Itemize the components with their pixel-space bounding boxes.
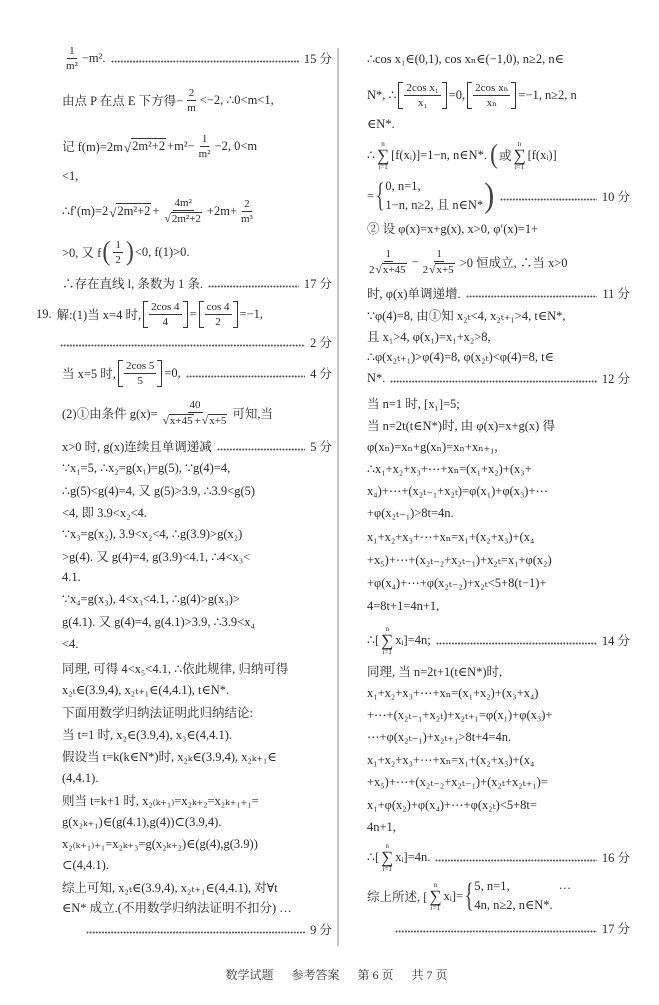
dot-leader [111,60,299,63]
line-text: [f(xᵢ)]=1−n, n∈N*. [391,147,487,163]
numerator: 4m² [173,197,194,211]
radicand: x+45 [382,263,407,277]
sigma-icon: ∑ [381,850,393,865]
line-text: 且 x₁>4, φ(x₁)=x₁+x₂>8, [367,327,491,345]
left-line-25: 当 t=1 时, x₂∈(3.9,4), x₃∈(4,4.1). [62,723,232,745]
line-text: 当 n=1 时, [x₁]=5; [367,394,460,412]
left-line-16: ∵x₃=g(x₂), 3.9<x₂<4, ∴g(3.9)>g(x₂) [62,523,242,545]
line-text: ∈N* 成立.(不用数学归纳法证明不扣分) … [62,898,292,916]
score-label: 11 分 [602,284,630,302]
left-line-30: x₂₍ₖ₊₁₎₊₁=x₂ₖ₊₃=g(x₂ₖ₊₂)∈(g(4),g(3.9)) [62,833,258,855]
right-paren: ) [126,238,134,266]
dot-leader [466,295,598,298]
summation: n∑i=1 [381,842,393,873]
line-text: 可知,当 [232,404,273,422]
line-text: ∴[ [367,849,379,865]
left-brace: { [376,179,385,213]
numerator: 1 [67,45,77,59]
minus-sign: − [412,255,419,270]
left-line-17: >g(4). 又 g(4)=4, g(3.9)<4.1, ∴4<x₃< [62,545,250,567]
line-text: <4, 即 3.9<x₂<4. [62,503,147,521]
line-text: g(x₂ₖ₊₁)∈(g(4.1),g(4))⊂(3.9,4). [62,814,221,830]
answer-key-page: 1m² −m². 15 分 由点 P 在点 E 下方得− 2m <−2, ∴0<… [0,0,659,1005]
right-line-10: 且 x₁>4, φ(x₁)=x₁+x₂>8, [367,325,491,347]
left-brace: { [465,879,474,913]
left-line-13: ∵x₁=5, ∴x₂=g(x₁)=g(5), ∵g(4)=4, [62,457,230,479]
line-text: 4=8t+1=4n+1, [367,599,439,614]
line-text: ∴[ [367,632,379,648]
score-label: 12 分 [602,369,630,387]
right-paren: ) [484,179,494,214]
fraction: 4m²√2m²+2 [162,197,205,226]
left-line-5: ∴f′(m)=2 √2m²+2 + 4m²√2m²+2 +2m+ 2m³ [62,194,257,228]
left-line-4: <1, [62,165,78,187]
summation: n∑i=1 [429,881,441,912]
line-text: ∈N*. [367,116,395,132]
denominator: m² [197,147,213,160]
line-text: ∴ [367,147,375,163]
denominator: 2√x+45 [367,262,410,277]
case-2: 1−n, n≥2, 且 n∈N* [385,196,483,215]
dot-leader [390,380,596,383]
numerator: 2cos 4 [149,301,181,315]
right-line-31: 4n+1, [367,816,396,838]
line-text: g(4.1). 又 g(4)=4, g(4.1)>3.9, ∴3.9<x₄ [62,612,255,630]
right-line-13: 当 n=1 时, [x₁]=5; [367,392,460,414]
line-text: +φ(x₄)+⋯+φ(x₂ₜ₋₂)+x₂ₜ<5+8(t−1)+ [367,575,546,591]
line-text: >0 恒成立, ∴当 x>0 [460,253,568,271]
line-text: xᵢ]= [444,889,464,904]
left-line-28: 则当 t=k+1 时, x₂₍ₖ₊₁₎=x₂ₖ₊₂=x₂ₖ₊₁₊₁= [62,789,259,811]
left-line-19: ∵x₄=g(x₃), 4<x₃<4.1, ∴g(4)>g(x₃)> [62,588,240,610]
fraction: 2m³ [239,198,255,225]
left-line-6: >0, 又 f ( 12 ) <0, f(1)>0. [62,237,190,267]
left-line-14: ∴g(5)<g(4)=4, 又 g(5)>3.9, ∴3.9<g(5) [62,479,255,501]
numerator: cos 4 [205,301,232,315]
line-text: xᵢ]=4n; [395,633,430,648]
line-text: = [190,307,197,322]
left-line-8-question-19: 19. 解:(1)当 x=4 时, 2cos 44 = cos 42 =−1, [36,299,263,329]
dot-leader [435,859,596,862]
right-line-17: x₄)+⋯+(x₂ₜ₋₁+x₂ₜ)=φ(x₁)+φ(x₃)+⋯ [367,480,548,502]
line-text: x₂₍ₖ₊₁₎₊₁=x₂ₖ₊₃=g(x₂ₖ₊₂)∈(g(4),g(3.9)) [62,836,258,852]
denominator: 2 [113,253,123,266]
line-text: +⋯+(x₂ₜ₋₁+x₂ₜ)+x₂ₜ₊₁=φ(x₁)+φ(x₃)+ [367,707,552,723]
dot-leader [217,448,305,451]
square-root: √x+45 [163,414,194,428]
right-line-22: 4=8t+1=4n+1, [367,595,439,617]
right-line-7: 12√x+45 − 12√x+5 >0 恒成立, ∴当 x>0 [365,246,568,278]
left-line-21: <4. [62,633,78,655]
left-line-3: 记 f(m)=2m √2m²+2 +m²− 1m² −2, 0<m [62,131,257,161]
sigma-icon: ∑ [429,889,441,904]
line-text: φ(xₙ)=xₙ+g(xₙ)=xₙ+xₙ₊₁, [367,439,498,455]
line-text: 综上可知, x₂ₜ∈(3.9,4), x₂ₜ₊₁∈(4,4.1), 对∀t [62,878,278,896]
floor-bracket: 2cos x₁x₁ [398,82,446,109]
page-footer: 数学试题 参考答案 第 6 页 共 7 页 [14,966,659,983]
line-text: ② 设 φ(x)=x+g(x), x>0, φ′(x)=1+ [367,219,538,237]
left-line-22: 同理, 可得 4<x₅<4.1, ∴依此规律, 归纳可得 [62,657,288,679]
line-text: x₄)+⋯+(x₂ₜ₋₁+x₂ₜ)=φ(x₁)+φ(x₃)+⋯ [367,483,548,499]
footer-subject: 数学试题 [225,966,273,983]
score-label: 15 分 [304,49,332,67]
left-line-33: ∈N* 成立.(不用数学归纳法证明不扣分) … [62,896,292,918]
line-text: >0, 又 f [62,243,101,261]
left-paren: ( [102,238,110,266]
summation: n∑i=1 [513,140,525,171]
line-text: +x₅)+⋯+(x₂ₜ₋₂+x₂ₜ₋₁)+(x₂ₜ+x₂ₜ₊₁)= [367,774,548,790]
fraction: 2cos xₙxₙ [473,82,510,109]
dot-leader [60,344,305,347]
score-label: 17 分 [602,919,630,937]
numerator: 1 [200,133,210,147]
right-line-28: x₁+x₂+x₃+⋯+xₙ=x₁+(x₂+x₃)+(x₄ [367,749,534,771]
radicand: x+45 [169,414,194,428]
line-text: +2m+ [207,204,237,219]
square-root: √x+45 [376,263,407,277]
plus-sign: + [195,415,201,427]
radicand: x+5 [435,263,454,277]
right-line-29: +x₅)+⋯+(x₂ₜ₋₂+x₂ₜ₋₁)+(x₂ₜ+x₂ₜ₊₁)= [367,771,548,793]
footer-page-total: 共 7 页 [412,966,448,983]
line-text: +x₅)+⋯+(x₂ₜ₋₂+x₂ₜ₋₁)+x₂ₜ=x₁+φ(x₂) [367,552,552,568]
right-line-24: 同理, 当 n=2t+1(t∈N*)时, [367,660,502,682]
sum-lower-limit: i=1 [382,648,391,656]
right-line-25: x₁+x₂+x₃+⋯+xₙ=(x₁+x₂)+(x₃+x₄) [367,682,538,704]
sigma-icon: ∑ [381,633,393,648]
line-text: 记 f(m)=2m [62,137,123,155]
radical-sign-icon: √ [124,141,131,154]
line-text: +φ(x₂ₜ₋₁)>8t=4n. [367,505,454,521]
line-text: 下面用数学归纳法证明此归纳结论: [62,703,253,721]
line-text: 或 [499,146,512,164]
line-text: 由点 P 在点 E 下方得− [62,91,183,109]
line-text: x₁+x₂+x₃+⋯+xₙ=x₁+(x₂+x₃)+(x₄ [367,752,534,768]
fraction: cos 42 [205,301,232,328]
radicand: x+5 [208,414,227,428]
line-text: 4.1. [62,570,81,585]
score-label: 14 分 [602,631,630,649]
column-divider [337,48,339,946]
denominator: x₁ [416,96,429,109]
fraction: 12√x+45 [367,248,410,277]
line-text: ∵x₄=g(x₃), 4<x₃<4.1, ∴g(4)>g(x₃)> [62,591,240,607]
coefficient: 2 [423,264,429,276]
fraction: 12√x+5 [421,248,458,277]
fraction: 12 [113,239,123,266]
right-line-18: +φ(x₂ₜ₋₁)>8t=4n. [367,502,454,524]
line-text: = [367,189,374,204]
line-text: <0, f(1)>0. [135,245,190,260]
left-line-7: ∴存在直线 l, 条数为 1 条. 17 分 [62,272,332,294]
numerator: 2cos 5 [124,360,156,374]
denominator: 4 [161,315,171,328]
right-line-5: = { 0, n=1, 1−n, n≥2, 且 n∈N* ) 10 分 [367,176,630,216]
left-line-2: 由点 P 在点 E 下方得− 2m <−2, ∴0<m<1, [62,85,274,115]
line-text: ∵φ(4)=8, 由①知 x₂ₜ<4, x₂ₜ₊₁>4, t∈N*, [367,306,565,324]
line-text: x₁+x₂+x₃+⋯+xₙ=x₁+(x₂+x₃)+(x₄ [367,529,534,545]
line-text: ∴存在直线 l, 条数为 1 条. [62,274,203,292]
dot-leader [186,375,305,378]
fraction: 2cos 44 [149,301,181,328]
line-text: 解:(1)当 x=4 时, [57,305,141,323]
floor-bracket: 2cos 55 [118,360,162,387]
right-line-4: ∴ n∑i=1 [f(xᵢ)]=1−n, n∈N*. ( 或 n∑i=1 [f(… [367,139,557,171]
fraction: 40√x+45+√x+5 [160,399,231,428]
line-text: 同理, 当 n=2t+1(t∈N*)时, [367,662,502,680]
left-line-12: x>0 时, g(x)连续且单调递减 5 分 [62,435,332,457]
square-root: √x+5 [429,263,455,277]
square-root: √2m²+2 [109,203,151,218]
fraction: 1m² [64,45,80,72]
right-line-34: 17 分 [395,917,630,939]
right-line-14: 当 n=2t(t∈N*)时, 由 φ(x)=x+g(x) 得 [367,414,555,436]
piecewise-cases: 5, n=1, 4n, n≥2, n∈N*. [474,877,552,915]
question-number: 19. [36,307,52,322]
line-text: + [152,204,159,219]
left-line-26: 假设当 t=k(k∈N*)时, x₂ₖ∈(3.9,4), x₂ₖ₊₁∈ [62,745,277,767]
score-label: 4 分 [310,364,332,382]
radical-sign-icon: √ [109,206,116,219]
line-text: +m²− [167,139,195,154]
denominator: m² [64,59,80,72]
right-line-21: +φ(x₄)+⋯+φ(x₂ₜ₋₂)+x₂ₜ<5+8(t−1)+ [367,572,546,594]
numerator: 2cos xₙ [473,82,510,96]
left-line-24: 下面用数学归纳法证明此归纳结论: [62,701,253,723]
right-line-12: N*. 12 分 [367,367,630,389]
square-root: √x+5 [202,414,228,428]
sum-lower-limit: i=1 [378,163,387,171]
fraction: 2m [185,87,198,114]
left-line-11: (2)①由条件 g(x)= 40√x+45+√x+5 可知,当 [62,397,273,429]
left-paren: ( [490,141,498,169]
left-line-18: 4.1. [62,566,81,588]
denominator: √2m²+2 [162,211,205,226]
fraction: 2cos x₁x₁ [404,82,440,109]
line-text: <−2, ∴0<m<1, [200,92,274,108]
left-line-34: 9 分 [86,918,332,940]
left-line-27: (4,4.1). [62,767,98,789]
sigma-icon: ∑ [513,148,525,163]
line-text: x>0 时, g(x)连续且单调递减 [62,437,212,455]
line-text: −m². [82,51,106,66]
line-text: 当 x=5 时, [62,364,116,382]
floor-bracket: 2cos xₙxₙ [467,82,516,109]
line-text: [f(xᵢ)] [528,148,557,163]
left-line-29: g(x₂ₖ₊₁)∈(g(4.1),g(4))⊂(3.9,4). [62,811,221,833]
floor-bracket: cos 42 [199,301,238,328]
numerator: 1 [434,248,444,262]
footer-page-number: 第 6 页 [358,966,394,983]
line-text: (4,4.1). [62,771,98,786]
sum-lower-limit: i=1 [382,865,391,873]
score-label: 16 分 [602,848,630,866]
line-text: ∵x₁=5, ∴x₂=g(x₁)=g(5), ∵g(4)=4, [62,460,230,476]
line-text: <4. [62,637,78,652]
numerator: 1 [384,248,394,262]
left-line-10: 当 x=5 时, 2cos 55 =0, 4 分 [62,358,332,388]
right-line-11: ∴φ(x₂ₜ₊₁)>φ(4)=8, φ(x₂ₜ)<φ(4)=8, t∈ [367,346,554,368]
case-2: 4n, n≥2, n∈N*. [474,896,552,915]
dot-leader [86,931,305,934]
line-text: N*, ∴ [367,87,396,103]
fraction: 1m² [197,133,213,160]
line-text: ∴cos x₁∈(0,1), cos xₙ∈(−1,0), n≥2, n∈ [367,51,564,67]
coefficient: 2 [369,264,375,276]
score-label: 17 分 [304,274,332,292]
denominator: √x+45+√x+5 [160,413,231,428]
right-line-16: ∴x₁+x₂+x₃+⋯+xₙ=(x₁+x₂)+(x₃+ [367,458,532,480]
right-line-27: ⋯+φ(x₂ₜ₋₁)+x₂ₜ₊₁>8t+4=4n. [367,726,511,748]
line-text: ∴f′(m)=2 [62,203,108,219]
right-line-33-summary: 综上所述, [ n∑i=1 xᵢ]= { 5, n=1, 4n, n≥2, n∈… [367,876,571,916]
floor-bracket: 2cos 44 [143,301,187,328]
right-line-6: ② 设 φ(x)=x+g(x), x>0, φ′(x)=1+ [367,217,538,239]
sigma-icon: ∑ [377,148,389,163]
denominator: 5 [135,374,145,387]
line-text: x₁+φ(x₂)+φ(x₄)+⋯+φ(x₂ₜ)<5+8t= [367,797,537,813]
denominator: m [185,101,198,114]
line-text: xᵢ]=4n. [395,850,430,865]
left-line-20: g(4.1). 又 g(4)=4, g(4.1)>3.9, ∴3.9<x₄ [62,610,255,632]
numerator: 2cos x₁ [404,82,440,96]
line-text: 时, φ(x)单调递增. [367,284,461,302]
right-line-8: 时, φ(x)单调递增. 11 分 [367,282,630,304]
right-line-30: x₁+φ(x₂)+φ(x₄)+⋯+φ(x₂ₜ)<5+8t= [367,794,537,816]
left-line-9: 2 分 [60,331,332,353]
line-text: =0, [449,88,465,103]
right-line-20: +x₅)+⋯+(x₂ₜ₋₂+x₂ₜ₋₁)+x₂ₜ=x₁+φ(x₂) [367,549,552,571]
square-root: √2m²+2 [124,138,166,153]
line-text: 综上所述, [ [367,887,427,905]
dot-leader [395,930,597,933]
piecewise-cases: 0, n=1, 1−n, n≥2, 且 n∈N* [385,177,483,215]
line-text: 当 t=1 时, x₂∈(3.9,4), x₃∈(4,4.1). [62,725,232,743]
left-line-15: <4, 即 3.9<x₂<4. [62,501,147,523]
summation: n∑i=1 [381,625,393,656]
left-line-1: 1m² −m². 15 分 [62,43,332,73]
denominator: 2√x+5 [421,262,458,277]
line-text: x₁+x₂+x₃+⋯+xₙ=(x₁+x₂)+(x₃+x₄) [367,685,538,701]
score-label: 5 分 [310,437,332,455]
denominator: xₙ [485,96,499,109]
line-text: x₂ₜ∈(3.9,4), x₂ₜ₊₁∈(4,4.1), t∈N*. [62,682,229,698]
case-1: 5, n=1, [474,877,552,896]
right-line-32: ∴[ n∑i=1 xᵢ]=4n. 16 分 [367,841,630,873]
line-text: 同理, 可得 4<x₅<4.1, ∴依此规律, 归纳可得 [62,659,288,677]
sum-lower-limit: i=1 [431,904,440,912]
radicand: 2m²+2 [116,203,151,218]
left-line-31: ⊂(4,4.1). [62,854,109,876]
line-text: ⊂(4,4.1). [62,857,109,873]
line-text: (2)①由条件 g(x)= [62,404,158,422]
line-text: =−1, [240,307,263,322]
line-text: ∴g(5)<g(4)=4, 又 g(5)>3.9, ∴3.9<g(5) [62,481,255,499]
footer-section: 参考答案 [291,966,339,983]
line-text: ⋯+φ(x₂ₜ₋₁)+x₂ₜ₊₁>8t+4=4n. [367,729,511,745]
line-text: <1, [62,169,78,184]
line-text: −2, 0<m [215,139,258,154]
line-text: ∴x₁+x₂+x₃+⋯+xₙ=(x₁+x₂)+(x₃+ [367,461,532,477]
dot-leader [500,198,597,201]
right-line-3: ∈N*. [367,113,395,135]
line-text: N*. [367,371,385,386]
left-line-32: 综上可知, x₂ₜ∈(3.9,4), x₂ₜ₊₁∈(4,4.1), 对∀t [62,876,278,898]
continuation-dots: … [559,878,572,893]
score-label: 2 分 [310,333,332,351]
radicand: 2m²+2 [171,212,202,226]
denominator: m³ [239,212,255,225]
radicand: 2m²+2 [131,138,166,153]
line-text: 4n+1, [367,820,396,835]
right-line-15: φ(xₙ)=xₙ+g(xₙ)=xₙ+xₙ₊₁, [367,436,498,458]
line-text: =−1, n≥2, n [518,88,576,103]
numerator: 2 [242,198,252,212]
numerator: 1 [113,239,123,253]
line-text: >g(4). 又 g(4)=4, g(3.9)<4.1, ∴4<x₃< [62,547,250,565]
line-text: 则当 t=k+1 时, x₂₍ₖ₊₁₎=x₂ₖ₊₂=x₂ₖ₊₁₊₁= [62,791,259,809]
right-line-23: ∴[ n∑i=1 xᵢ]=4n; 14 分 [367,624,630,656]
right-line-19: x₁+x₂+x₃+⋯+xₙ=x₁+(x₂+x₃)+(x₄ [367,526,534,548]
line-text: 假设当 t=k(k∈N*)时, x₂ₖ∈(3.9,4), x₂ₖ₊₁∈ [62,747,277,765]
numerator: 2 [187,87,197,101]
right-line-1: ∴cos x₁∈(0,1), cos xₙ∈(−1,0), n≥2, n∈ [367,48,564,70]
denominator: 2 [213,315,223,328]
right-line-9: ∵φ(4)=8, 由①知 x₂ₜ<4, x₂ₜ₊₁>4, t∈N*, [367,304,565,326]
numerator: 40 [188,399,203,413]
sum-lower-limit: i=1 [515,163,524,171]
right-line-26: +⋯+(x₂ₜ₋₁+x₂ₜ)+x₂ₜ₊₁=φ(x₁)+φ(x₃)+ [367,704,552,726]
square-root: √2m²+2 [165,212,202,226]
line-text: ∴φ(x₂ₜ₊₁)>φ(4)=8, φ(x₂ₜ)<φ(4)=8, t∈ [367,349,554,365]
fraction: 2cos 55 [124,360,156,387]
line-text: =0, [164,366,180,381]
left-line-23: x₂ₜ∈(3.9,4), x₂ₜ₊₁∈(4,4.1), t∈N*. [62,679,229,701]
right-line-2: N*, ∴ 2cos x₁x₁ =0, 2cos xₙxₙ =−1, n≥2, … [367,80,577,110]
dot-leader [436,642,597,645]
case-1: 0, n=1, [385,177,483,196]
line-text: ∵x₃=g(x₂), 3.9<x₂<4, ∴g(3.9)>g(x₂) [62,526,242,542]
summation: n∑i=1 [377,140,389,171]
score-label: 10 分 [602,187,630,205]
line-text: 当 n=2t(t∈N*)时, 由 φ(x)=x+g(x) 得 [367,416,555,434]
score-label: 9 分 [310,920,332,938]
dot-leader [208,285,299,288]
